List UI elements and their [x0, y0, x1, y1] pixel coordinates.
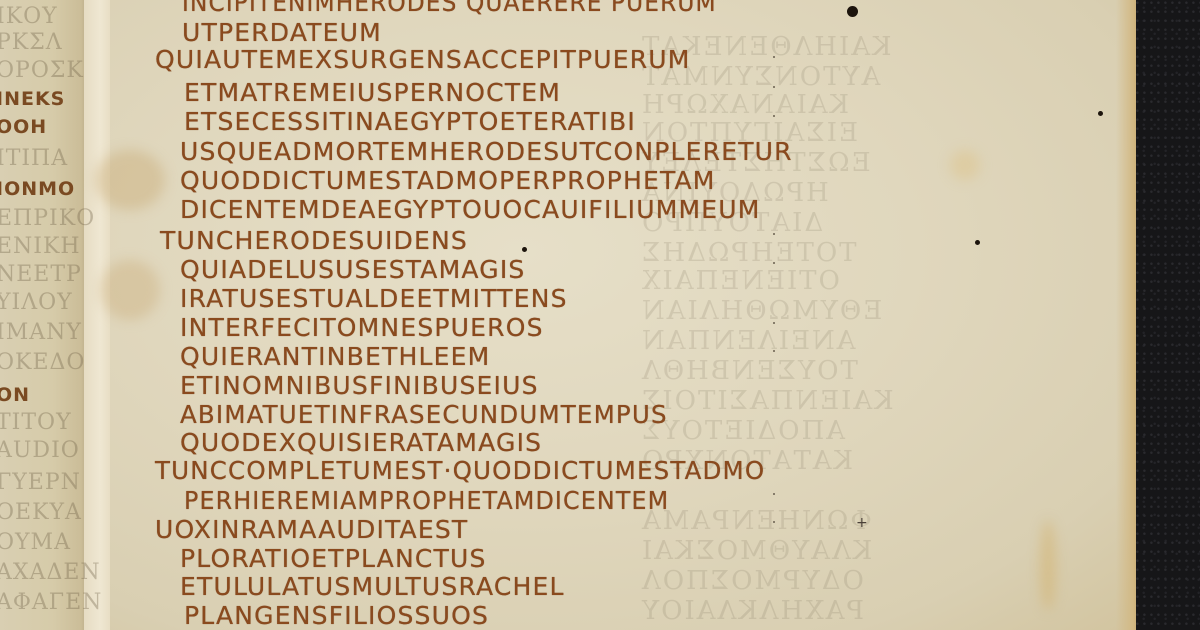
- text-line: ETSECESSITINAEGYPTOETERATIBI: [184, 107, 636, 136]
- text-line: QUIADELUSUSESTAMAGIS: [180, 255, 525, 284]
- text-line: PLANGENSFILIOSSUOS: [184, 601, 489, 630]
- manuscript-photo: ΚΑΙΗΛΘΕΝΕΚΑΤ ΑΥΤΟΝΣΥΝΜΑΤ ΚΑΙΑΝΑΧΩΡΗ ΕΙΣΑ…: [0, 0, 1200, 630]
- text-line: IRATUSESTUALDEETMITTENS: [180, 284, 568, 313]
- text-line: QUODEXQUISIERATAMAGIS: [180, 428, 542, 457]
- text-line: INTERFECITOMNESPUEROS: [180, 313, 544, 342]
- text-line: PLORATIOETPLANCTUS: [180, 544, 487, 573]
- stain: [1040, 520, 1056, 610]
- text-line: UTPERDATEUM: [182, 18, 382, 47]
- text-line: USQUEADMORTEMHERODESUTCONPLERETUR: [180, 137, 793, 166]
- prick-mark: [773, 262, 775, 264]
- prick-mark: [773, 56, 775, 58]
- prick-mark: [773, 493, 775, 495]
- text-line: UOXINRAMAAUDITAEST: [155, 515, 468, 544]
- prick-mark: [773, 322, 775, 324]
- ink-dot: [847, 6, 858, 17]
- text-line: PERHIEREMIAMPROPHETAMDICENTEM: [184, 486, 669, 515]
- text-line: ETMATREMEIUSPERNOCTEM: [184, 78, 561, 107]
- ink-dot: [975, 240, 980, 245]
- ink-dot: [1098, 111, 1103, 116]
- ink-dot: [522, 247, 527, 252]
- text-line: QUIAUTEMEXSURGENSACCEPITPUERUM: [155, 45, 691, 74]
- text-line: QUIERANTINBETHLEEM: [180, 342, 490, 371]
- cross-mark: +: [856, 515, 868, 531]
- prick-mark: [773, 233, 775, 235]
- text-line: ETINOMNIBUSFINIBUSEIUS: [180, 371, 539, 400]
- prick-mark: [773, 86, 775, 88]
- text-line: TUNCHERODESUIDENS: [160, 226, 468, 255]
- text-line: QUODDICTUMESTADMOPERPROPHETAM: [180, 166, 716, 195]
- text-line: TUNCCOMPLETUMEST·QUODDICTUMESTADMO: [155, 456, 765, 485]
- stain: [95, 150, 165, 210]
- text-line: ABIMATUETINFRASECUNDUMTEMPUS: [180, 400, 668, 429]
- text-line: INCIPITENIMHERODES QUAERERE PUERUM: [182, 0, 717, 17]
- text-line: ETULULATUSMULTUSRACHEL: [180, 572, 565, 601]
- prick-mark: [773, 350, 775, 352]
- stain: [100, 260, 160, 320]
- dark-backing: [1136, 0, 1200, 630]
- prick-mark: [773, 521, 775, 523]
- prick-mark: [773, 115, 775, 117]
- text-line: DICENTEMDEAEGYPTOUOCAUIFILIUMMEUM: [180, 195, 761, 224]
- stain: [950, 150, 980, 180]
